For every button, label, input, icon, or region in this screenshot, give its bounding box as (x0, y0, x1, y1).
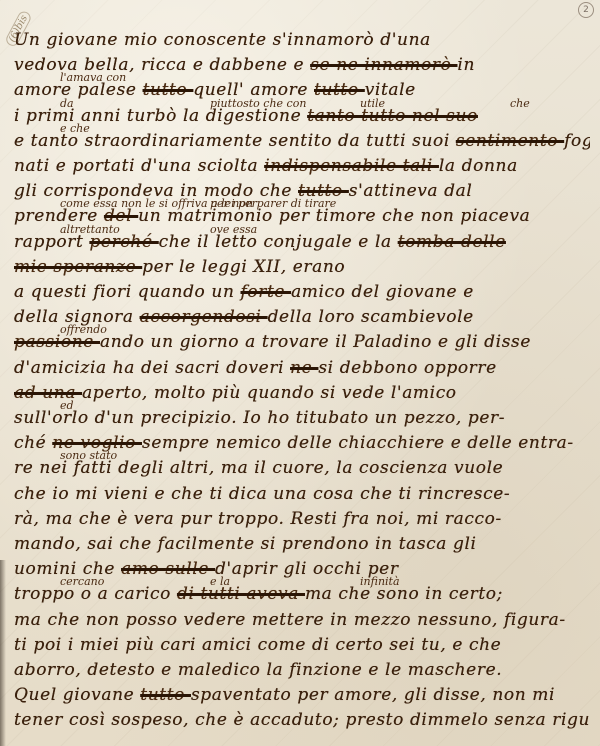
deleted-text: mie speranze (14, 257, 142, 277)
deleted-text: tanto tutto nel suo (307, 106, 478, 126)
line-text: nati e portati d'una sciolta (14, 156, 264, 176)
manuscript-line: aborro, detesto e maledico la finzione e… (14, 660, 590, 680)
manuscript-line: ti poi i miei più cari amici come di cer… (14, 635, 590, 655)
line-text: d'amicizia ha dei sacri doveri (14, 358, 290, 378)
deleted-text: indispensabile tali (264, 156, 439, 176)
interlinear-insertion: e la (210, 575, 230, 588)
manuscript-line: Un giovane mio conoscente s'innamorò d'u… (14, 30, 590, 50)
interlinear-insertion: per non parer di tirare (210, 197, 336, 210)
line-text: fogli (564, 131, 590, 151)
line-text: in (457, 55, 475, 75)
line-text: tener così sospeso, che è accaduto; pres… (14, 710, 590, 730)
deleted-text: se ne innamorò (310, 55, 457, 75)
line-text: che il letto conjugale e la (159, 232, 398, 252)
deleted-text: sulle (165, 559, 215, 579)
deleted-text: tutto (314, 80, 365, 100)
line-text: aborro, detesto e maledico la finzione e… (14, 660, 502, 680)
page-edge-shadow (0, 560, 6, 746)
interlinear-insertion: che (510, 97, 530, 110)
line-text: amico del giovane e (291, 282, 474, 302)
manuscript-line: Quel giovane tutto spaventato per amore,… (14, 685, 590, 705)
manuscript-line: che io mi vieni e che ti dica una cosa c… (14, 484, 590, 504)
manuscript-line: mando, sai che facilmente si prendono in… (14, 534, 590, 554)
deleted-text: aveva (246, 584, 305, 604)
line-text: rà, ma che è vera pur troppo. Resti fra … (14, 509, 502, 529)
line-text: sempre nemico delle chiacchiere e delle … (142, 433, 574, 453)
interlinear-insertion: da (60, 97, 74, 110)
line-text: si debbono opporre (318, 358, 496, 378)
interlinear-insertion: sono stato (60, 449, 117, 462)
deleted-text: tutto (140, 685, 191, 705)
line-text: d'aprir gli occhi (215, 559, 368, 579)
line-text: della loro scambievole (268, 307, 474, 327)
deleted-text: forte (241, 282, 292, 302)
manuscript-line: sull'orlo d'un precipizio. Io ho titubat… (14, 408, 590, 428)
line-text: s'attineva dal (349, 181, 473, 201)
interlinear-insertion: l'amava con (60, 71, 126, 84)
manuscript-line: mie speranze per le leggi XII, erano (14, 257, 590, 277)
line-text: aperto, molto più quando si vede l'amico (82, 383, 457, 403)
deleted-text: amo (121, 559, 165, 579)
line-text: la donna (439, 156, 518, 176)
interlinear-insertion: e che (60, 122, 90, 135)
manuscript-line: ad una aperto, molto più quando si vede … (14, 383, 590, 403)
interlinear-insertion: ove essa (210, 223, 257, 236)
line-text: ando un giorno a trovare il Paladino e g… (100, 332, 531, 352)
line-text: mando, sai che facilmente si prendono in… (14, 534, 477, 554)
manuscript-line: d'amicizia ha dei sacri doveri ne si deb… (14, 358, 590, 378)
line-text: spaventato per amore, gli disse, non mi (191, 685, 555, 705)
line-text: a questi fiori quando un (14, 282, 241, 302)
deleted-text: accorgendosi (140, 307, 268, 327)
line-text: ma che non posso vedere mettere in mezzo… (14, 610, 566, 630)
manuscript-line: ma che non posso vedere mettere in mezzo… (14, 610, 590, 630)
line-text: Un giovane mio conoscente s'innamorò d'u… (14, 30, 431, 50)
interlinear-insertion: piuttosto che con (210, 97, 306, 110)
interlinear-insertion: infinità (360, 575, 400, 588)
line-text: vedova bella, ricca e dabbene e (14, 55, 310, 75)
line-text: Quel giovane (14, 685, 140, 705)
line-text: per le leggi XII, erano (142, 257, 345, 277)
manuscript-line: tener così sospeso, che è accaduto; pres… (14, 710, 590, 730)
page-number: 2 (578, 2, 594, 18)
deleted-text: sentimento (456, 131, 564, 151)
manuscript-line: a questi fiori quando un forte amico del… (14, 282, 590, 302)
line-text: ti poi i miei più cari amici come di cer… (14, 635, 501, 655)
line-text: sull'orlo d'un precipizio. Io ho titubat… (14, 408, 505, 428)
interlinear-insertion: offrendo (60, 323, 107, 336)
manuscript-line: nati e portati d'una sciolta indispensab… (14, 156, 590, 176)
line-text: ché (14, 433, 52, 453)
deleted-text: tutto (143, 80, 194, 100)
manuscript-line: rà, ma che è vera pur troppo. Resti fra … (14, 509, 590, 529)
interlinear-insertion: ed (60, 399, 74, 412)
deleted-text: ne (290, 358, 318, 378)
interlinear-insertion: altrettanto (60, 223, 120, 236)
manuscript-page: (6)bis 2 Un giovane mio conoscente s'inn… (0, 0, 600, 746)
deleted-text: tomba delle (398, 232, 506, 252)
line-text: che io mi vieni e che ti dica una cosa c… (14, 484, 510, 504)
interlinear-insertion: utile (360, 97, 385, 110)
manuscript-line: e tanto straordinariamente sentito da tu… (14, 131, 590, 151)
interlinear-insertion: cercano (60, 575, 104, 588)
